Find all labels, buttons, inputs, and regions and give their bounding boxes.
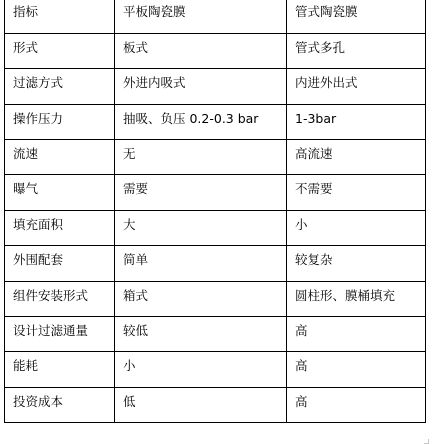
tubular-value: 1-3bar — [287, 104, 426, 139]
tubular-value: 高 — [287, 352, 426, 387]
tubular-value: 高 — [287, 317, 426, 352]
comparison-table: 指标 平板陶瓷膜 管式陶瓷膜 形式 板式 管式多孔 过滤方式 外进内吸式 内进外… — [4, 0, 426, 423]
row-label: 操作压力 — [5, 104, 115, 139]
tubular-value: 内进外出式 — [287, 69, 426, 104]
row-label: 曝气 — [5, 175, 115, 210]
table-row: 曝气 需要 不需要 — [5, 175, 426, 210]
row-label: 投资成本 — [5, 387, 115, 422]
flat-value: 大 — [115, 210, 287, 245]
table-resize-handle[interactable] — [424, 439, 429, 444]
tubular-value: 管式多孔 — [287, 33, 426, 68]
table-row: 投资成本 低 高 — [5, 387, 426, 422]
flat-value: 箱式 — [115, 281, 287, 316]
flat-value: 无 — [115, 140, 287, 175]
flat-value: 需要 — [115, 175, 287, 210]
table-row: 填充面积 大 小 — [5, 210, 426, 245]
flat-value: 小 — [115, 352, 287, 387]
flat-value: 抽吸、负压 0.2-0.3 bar — [115, 104, 287, 139]
table-row: 能耗 小 高 — [5, 352, 426, 387]
tubular-value: 小 — [287, 210, 426, 245]
table-row: 组件安装形式 箱式 圆柱形、膜桶填充 — [5, 281, 426, 316]
header-cell-flat-membrane: 平板陶瓷膜 — [115, 0, 287, 33]
table-header-row: 指标 平板陶瓷膜 管式陶瓷膜 — [5, 0, 426, 33]
flat-value: 较低 — [115, 317, 287, 352]
flat-value: 简单 — [115, 246, 287, 281]
flat-value: 低 — [115, 387, 287, 422]
table-row: 流速 无 高流速 — [5, 140, 426, 175]
table-row: 形式 板式 管式多孔 — [5, 33, 426, 68]
header-cell-indicator: 指标 — [5, 0, 115, 33]
tubular-value: 圆柱形、膜桶填充 — [287, 281, 426, 316]
tubular-value: 较复杂 — [287, 246, 426, 281]
row-label: 组件安装形式 — [5, 281, 115, 316]
tubular-value: 不需要 — [287, 175, 426, 210]
tubular-value: 高 — [287, 387, 426, 422]
flat-value: 外进内吸式 — [115, 69, 287, 104]
row-label: 流速 — [5, 140, 115, 175]
row-label: 形式 — [5, 33, 115, 68]
row-label: 能耗 — [5, 352, 115, 387]
table-row: 设计过滤通量 较低 高 — [5, 317, 426, 352]
row-label: 过滤方式 — [5, 69, 115, 104]
table-row: 外围配套 简单 较复杂 — [5, 246, 426, 281]
tubular-value: 高流速 — [287, 140, 426, 175]
row-label: 外围配套 — [5, 246, 115, 281]
row-label: 设计过滤通量 — [5, 317, 115, 352]
table-row: 操作压力 抽吸、负压 0.2-0.3 bar 1-3bar — [5, 104, 426, 139]
header-cell-tubular-membrane: 管式陶瓷膜 — [287, 0, 426, 33]
row-label: 填充面积 — [5, 210, 115, 245]
table-row: 过滤方式 外进内吸式 内进外出式 — [5, 69, 426, 104]
flat-value: 板式 — [115, 33, 287, 68]
